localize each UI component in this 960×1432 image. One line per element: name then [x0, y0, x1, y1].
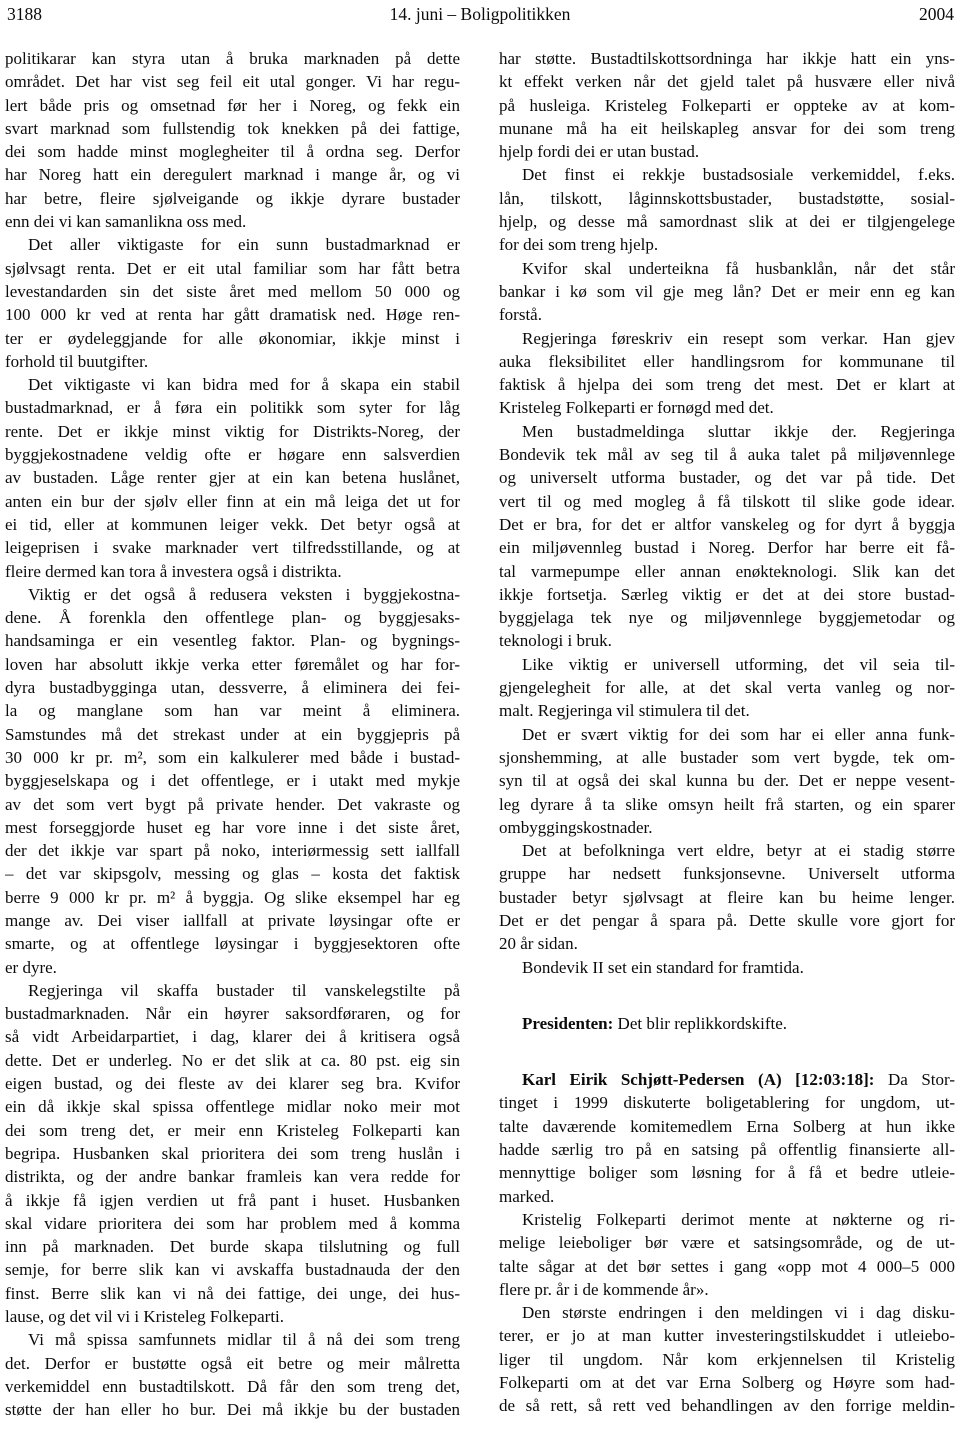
text-line: loven har absolutt ikkje verka etter før… [5, 653, 460, 676]
text-line: 30 000 kr pr. m², som ein kalkulerer med… [5, 746, 460, 769]
text-line: fleire dermed kan tora å investera også … [5, 560, 460, 583]
text-line: av det som vert bygt på private hender. … [5, 793, 460, 816]
text-line: svart marknad som fullstendig tok knekke… [5, 117, 460, 140]
text-line: faktisk å hjelpa dei som treng det mest.… [499, 373, 955, 396]
text-line: har støtte. Bustadtilskottsordninga har … [499, 47, 955, 70]
text-line: av bustaden. Låge renter gjer at ein kan… [5, 466, 460, 489]
text-line: hjelp, og desse må samordnast slik at de… [499, 210, 955, 233]
text-line: Presidenten: Det blir replikkordskifte. [499, 1012, 955, 1035]
paragraph: Like viktig er universell utforming, det… [499, 653, 955, 723]
text-line: Karl Eirik Schjøtt-Pedersen (A) [12:03:1… [499, 1068, 955, 1091]
text-line: på husleiga. Kristeleg Folkeparti er opp… [499, 94, 955, 117]
paragraph: Men bustadmeldinga sluttar ikkje der. Re… [499, 420, 955, 653]
text-line: berre 9 000 kr pr. m² å byggja. Og slike… [5, 886, 460, 909]
text-line: Det er bra, for det er altfor vanskeleg … [499, 513, 955, 536]
text-line: lån, tilskott, låginnskottsbustader, bus… [499, 187, 955, 210]
text-line: leg dyrare å ta slike omsyn heilt frå st… [499, 793, 955, 816]
text-line: la og manglane som han var meint å elimi… [5, 699, 460, 722]
text-line: Det finst ei rekkje bustadsosiale verkem… [499, 163, 955, 186]
text-line: levestandarden sin det siste året med me… [5, 280, 460, 303]
text-line: sjonshemming, at alle bustader som vert … [499, 746, 955, 769]
text-line: teknologi i bruk. [499, 629, 955, 652]
text-line: og universelt utforma bustader, og det v… [499, 466, 955, 489]
paragraph: Karl Eirik Schjøtt-Pedersen (A) [12:03:1… [499, 1068, 955, 1208]
text-line: ikkje fortsetja. Særleg viktig er det at… [499, 583, 955, 606]
text-line: Den største endringen i den meldingen vi… [499, 1301, 955, 1324]
text-line: ein miljøvennleg bustad i Noreg. Derfor … [499, 536, 955, 559]
text-line: Men bustadmeldinga sluttar ikkje der. Re… [499, 420, 955, 443]
text-line: forhold til buutgifter. [5, 350, 460, 373]
text-line: bankar i kø som vil gje meg lån? Det er … [499, 280, 955, 303]
text-line: har betre, fleire sjølveigande og ikkje … [5, 187, 460, 210]
paragraph: Regjeringa vil skaffa bustader til vansk… [5, 979, 460, 1328]
text-line: Like viktig er universell utforming, det… [499, 653, 955, 676]
text-line: Folkeparti om at det var Erna Solberg og… [499, 1371, 955, 1394]
speaker-name: Karl Eirik Schjøtt-Pedersen (A) [12:03:1… [522, 1070, 874, 1089]
text-line: dette. Det er underleg. No er det slik a… [5, 1049, 460, 1072]
paragraph: Presidenten: Det blir replikkordskifte. [499, 1012, 955, 1035]
text-line: dei som treng det, er meir enn Kristeleg… [5, 1119, 460, 1142]
paragraph: Det er svært viktig for dei som har ei e… [499, 723, 955, 839]
text-line: lert både pris og omsetnad før her i Nor… [5, 94, 460, 117]
text-line: de så rett, så rett ved behandlingen av … [499, 1394, 955, 1417]
text-line: Kristeleg Folkeparti er fornøgd med det. [499, 396, 955, 419]
text-line: verkemiddel enn bustadtilskott. Då får d… [5, 1375, 460, 1398]
text-line: skal vidare prioritera dei som har probl… [5, 1212, 460, 1235]
paragraph: Viktig er det også å redusera veksten i … [5, 583, 460, 979]
text-line: Det viktigaste vi kan bidra med for å sk… [5, 373, 460, 396]
page-header: 3188 14. juni – Boligpolitikken 2004 [5, 4, 955, 28]
text-line: så vidt Arbeidarpartiet, i dag, klarer d… [5, 1025, 460, 1048]
text-line: smarte, og at offentlege løysingar i byg… [5, 932, 460, 955]
text-line: tal varmepumpe eller annan enøkteknologi… [499, 560, 955, 583]
text-line: Kristelig Folkeparti derimot mente at nø… [499, 1208, 955, 1231]
text-line: anten ein bur der sjølv eller finn at ei… [5, 490, 460, 513]
paragraph: Det viktigaste vi kan bidra med for å sk… [5, 373, 460, 583]
text-line: byggjelaga tek nye og miljøvennlege bygg… [499, 606, 955, 629]
text-line: Det er svært viktig for dei som har ei e… [499, 723, 955, 746]
text-line: Regjeringa føreskriv ein resept som verk… [499, 327, 955, 350]
text-line: tinget i 1999 diskuterte boligetablering… [499, 1091, 955, 1114]
text-line: hjelp fordi dei er utan bustad. [499, 140, 955, 163]
text-line: 100 000 kr ved at renta har gått dramati… [5, 303, 460, 326]
text-line: syn til at også dei skal kunna bu der. D… [499, 769, 955, 792]
text-column-right: har støtte. Bustadtilskottsordninga har … [499, 47, 955, 1418]
text-line: bustadmarknaden. Når ein høyrer saksordf… [5, 1002, 460, 1025]
paragraph: Bondevik II set ein standard for framtid… [499, 956, 955, 979]
text-line: Regjeringa vil skaffa bustader til vansk… [5, 979, 460, 1002]
text-line: Det er det pengar å spara på. Dette skul… [499, 909, 955, 932]
text-line: byggjekostnadene veldig ofte er høgare e… [5, 443, 460, 466]
text-line: eigen bustad, og dei fleste av dei klare… [5, 1072, 460, 1095]
paragraph: Det aller viktigaste for ein sunn bustad… [5, 233, 460, 373]
text-line: gjengelegheit for alle, at det skal vert… [499, 676, 955, 699]
text-line: Kvifor skal underteikna få husbanklån, n… [499, 257, 955, 280]
text-line: Bondevik II set ein standard for framtid… [499, 956, 955, 979]
text-line: dei som hadde minst moglegheiter til å o… [5, 140, 460, 163]
paragraph: politikarar kan styra utan å bruka markn… [5, 47, 460, 233]
text-line: mange av. Dei viser iallfall at private … [5, 909, 460, 932]
text-line: handsaminga er ein vesentleg faktor. Pla… [5, 629, 460, 652]
text-line: området. Det har vist seg feil eit utal … [5, 70, 460, 93]
text-line: kt effekt verken når det gjeld talet på … [499, 70, 955, 93]
speaker-name: Presidenten: [522, 1014, 613, 1033]
text-column-left: politikarar kan styra utan å bruka markn… [5, 47, 460, 1422]
text-line: talte sågar at det bør settes i gang «op… [499, 1255, 955, 1278]
text-line: ein då ikkje skal spissa offentlege midl… [5, 1095, 460, 1118]
text-line: begripa. Husbanken skal prioritera dei s… [5, 1142, 460, 1165]
text-line: forstå. [499, 303, 955, 326]
text-line: sjølvsagt renta. Det er eit utal familia… [5, 257, 460, 280]
text-line: melige leieboliger bør være et satsingso… [499, 1231, 955, 1254]
text-line: 20 år sidan. [499, 932, 955, 955]
text-line: flere pr. år i de kommende år». [499, 1278, 955, 1301]
text-line: det. Derfor er bustøtte også eit betre o… [5, 1352, 460, 1375]
text-line: dyra bustadbygginga utan, dessverre, å e… [5, 676, 460, 699]
text-line: å ikkje få igjen verdien ut frå pant i h… [5, 1189, 460, 1212]
text-line: talte daværende komitemedlem Erna Solber… [499, 1115, 955, 1138]
text-line: terer, er jo at man kutter investeringst… [499, 1324, 955, 1347]
text-line: semje, for berre slik kan vi avskaffa bu… [5, 1258, 460, 1281]
text-line: Samstundes må det strekast under at ein … [5, 723, 460, 746]
paragraph: Vi må spissa samfunnets midlar til å nå … [5, 1328, 460, 1421]
text-line: har Noreg hatt ein deregulert marknad i … [5, 163, 460, 186]
text-line: dene. Å forenkla den offentlege plan- og… [5, 606, 460, 629]
text-line: ter er øydeleggjande for alle økonomiar,… [5, 327, 460, 350]
text-line: byggjeselskapa og i det offentlege, er i… [5, 769, 460, 792]
paragraph: Det finst ei rekkje bustadsosiale verkem… [499, 163, 955, 256]
text-line: mennyttige boliger som løsning for å få … [499, 1161, 955, 1184]
text-line: ei tid, eller at kommunen leiger vekk. D… [5, 513, 460, 536]
text-line: malt. Regjeringa vil stimulera til det. [499, 699, 955, 722]
paragraph: har støtte. Bustadtilskottsordninga har … [499, 47, 955, 163]
text-line: bustadmarknad, er å føra ein politikk so… [5, 396, 460, 419]
text-line: vert til og med mogleg å få tilskott til… [499, 490, 955, 513]
text-line: marked. [499, 1185, 955, 1208]
text-line: ombyggingskostnader. [499, 816, 955, 839]
text-line: Det at befolkninga vert eldre, betyr at … [499, 839, 955, 862]
text-line: – det var skipsgolv, messing og glas – k… [5, 862, 460, 885]
paragraph: Det at befolkninga vert eldre, betyr at … [499, 839, 955, 955]
text-line: Det aller viktigaste for ein sunn bustad… [5, 233, 460, 256]
text-line: rente. Det er ikkje minst viktig for Dis… [5, 420, 460, 443]
text-line: Viktig er det også å redusera veksten i … [5, 583, 460, 606]
paragraph: Regjeringa føreskriv ein resept som verk… [499, 327, 955, 420]
page-header-title: 14. juni – Boligpolitikken [5, 4, 955, 25]
paragraph: Kvifor skal underteikna få husbanklån, n… [499, 257, 955, 327]
text-line: enn dei vi kan samanlikna oss med. [5, 210, 460, 233]
text-line: for dei som treng hjelp. [499, 233, 955, 256]
text-line: politikarar kan styra utan å bruka markn… [5, 47, 460, 70]
text-line: finst. Berre slik kan vi nå dei fattige,… [5, 1282, 460, 1305]
text-line: bustader betyr sjølvsagt at fleire kan b… [499, 886, 955, 909]
page-year: 2004 [919, 4, 954, 25]
text-line: auka fleksibilitet eller handlingsrom fo… [499, 350, 955, 373]
text-line: der det ikkje var spart på noko, interiø… [5, 839, 460, 862]
text-line: gruppe har nedsett funksjonsevne. Univer… [499, 862, 955, 885]
text-line: liger til ungdom. Når kom erkjennelsen t… [499, 1348, 955, 1371]
text-line: Bondevik tek mål av seg til å auka talet… [499, 443, 955, 466]
text-line: lause, og det vil vi i Kristeleg Folkepa… [5, 1305, 460, 1328]
text-line: mest forseggjorde huset eg har vore inne… [5, 816, 460, 839]
text-line: hadde særlig tro på en satsing på offent… [499, 1138, 955, 1161]
text-line: Vi må spissa samfunnets midlar til å nå … [5, 1328, 460, 1351]
text-line: munane må ha eit heilskapleg ansvar for … [499, 117, 955, 140]
text-line: distrikta, og der andre bankar framleis … [5, 1165, 460, 1188]
text-line: støtte der han eller ho bur. Dei må ikkj… [5, 1398, 460, 1421]
text-line: inn på marknaden. Det burde skapa tilslu… [5, 1235, 460, 1258]
text-line: leigeprisen i svake marknader vert tilfr… [5, 536, 460, 559]
paragraph: Kristelig Folkeparti derimot mente at nø… [499, 1208, 955, 1301]
text-line: er dyre. [5, 956, 460, 979]
paragraph: Den største endringen i den meldingen vi… [499, 1301, 955, 1417]
